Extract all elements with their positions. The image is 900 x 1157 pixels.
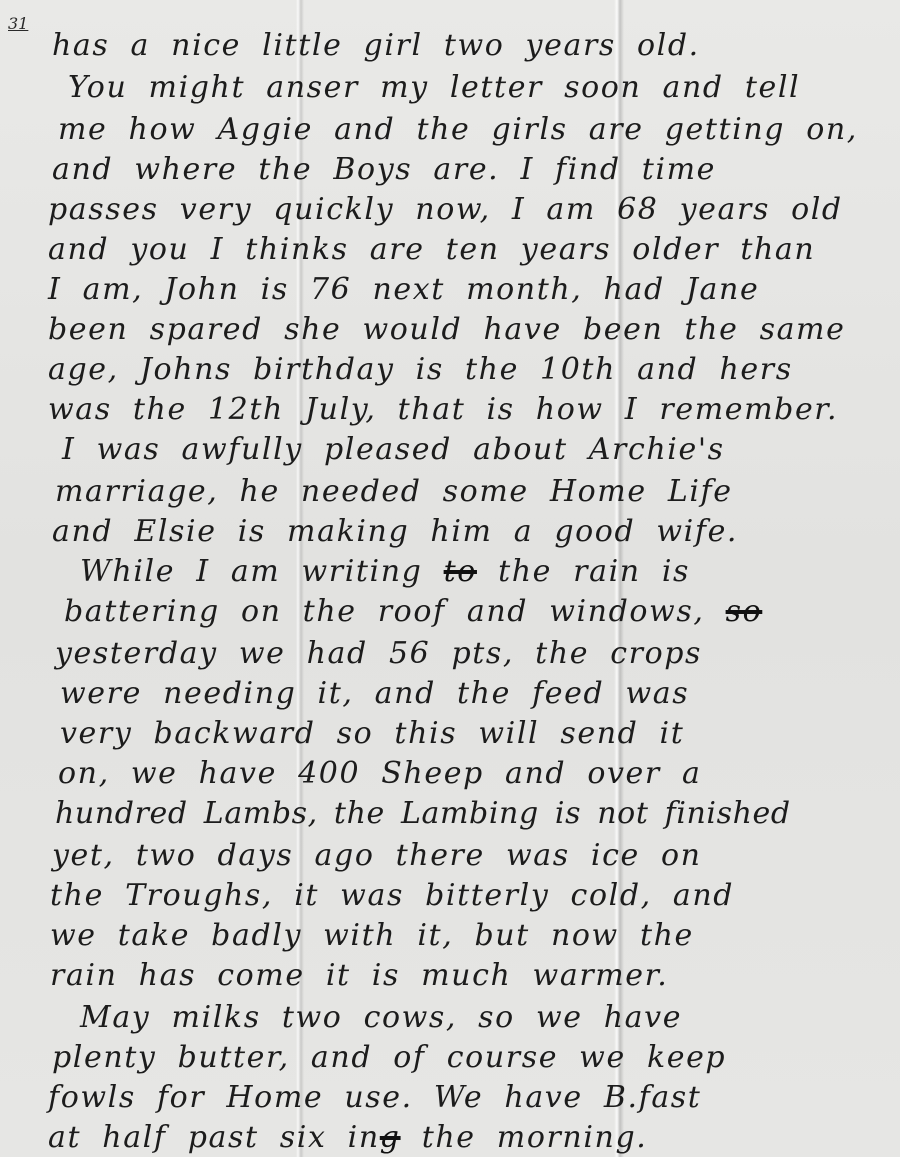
letter-line: and Elsie is making him a good wife. bbox=[52, 514, 900, 549]
line-text: the rain is bbox=[477, 554, 690, 589]
letter-line: plenty butter, and of course we keep bbox=[52, 1040, 900, 1075]
struck-word: so bbox=[726, 594, 763, 629]
letter-line: hundred Lambs, the Lambing is not finish… bbox=[55, 796, 900, 831]
letter-line: You might anser my letter soon and tell bbox=[68, 70, 900, 105]
letter-line: I was awfully pleased about Archie's bbox=[62, 432, 900, 467]
line-text: at half past six in bbox=[48, 1120, 380, 1155]
letter-line: passes very quickly now, I am 68 years o… bbox=[48, 192, 900, 227]
letter-line: was the 12th July, that is how I remembe… bbox=[48, 392, 900, 427]
letter-line: me how Aggie and the girls are getting o… bbox=[58, 112, 900, 147]
letter-line: fowls for Home use. We have B.fast bbox=[48, 1080, 900, 1115]
letter-line: May milks two cows, so we have bbox=[80, 1000, 900, 1035]
letter-line: and you I thinks are ten years older tha… bbox=[48, 232, 900, 267]
line-text: the morning. bbox=[401, 1120, 648, 1155]
letter-line: were needing it, and the feed was bbox=[60, 676, 900, 711]
letter-line: battering on the roof and windows, so bbox=[64, 594, 900, 629]
struck-word: g bbox=[380, 1120, 401, 1155]
line-text: battering on the roof and windows, bbox=[64, 594, 726, 629]
letter-line: the Troughs, it was bitterly cold, and bbox=[50, 878, 900, 913]
letter-page: 31 has a nice little girl two years old.… bbox=[0, 0, 900, 1157]
letter-line: at half past six ing the morning. bbox=[48, 1120, 900, 1155]
letter-line: marriage, he needed some Home Life bbox=[55, 474, 900, 509]
letter-line: yesterday we had 56 pts, the crops bbox=[55, 636, 900, 671]
struck-word: to bbox=[444, 554, 477, 589]
letter-line: on, we have 400 Sheep and over a bbox=[58, 756, 900, 791]
letter-line: been spared she would have been the same bbox=[48, 312, 900, 347]
letter-line: While I am writing to the rain is bbox=[80, 554, 900, 589]
letter-line: has a nice little girl two years old. bbox=[52, 28, 900, 63]
letter-line: rain has come it is much warmer. bbox=[50, 958, 900, 993]
letter-line: very backward so this will send it bbox=[60, 716, 900, 751]
letter-line: yet, two days ago there was ice on bbox=[52, 838, 900, 873]
letter-line: and where the Boys are. I find time bbox=[52, 152, 900, 187]
letter-line: we take badly with it, but now the bbox=[50, 918, 900, 953]
page-number: 31 bbox=[8, 14, 28, 33]
line-text: While I am writing bbox=[80, 554, 444, 589]
letter-line: I am, John is 76 next month, had Jane bbox=[48, 272, 900, 307]
letter-line: age, Johns birthday is the 10th and hers bbox=[48, 352, 900, 387]
